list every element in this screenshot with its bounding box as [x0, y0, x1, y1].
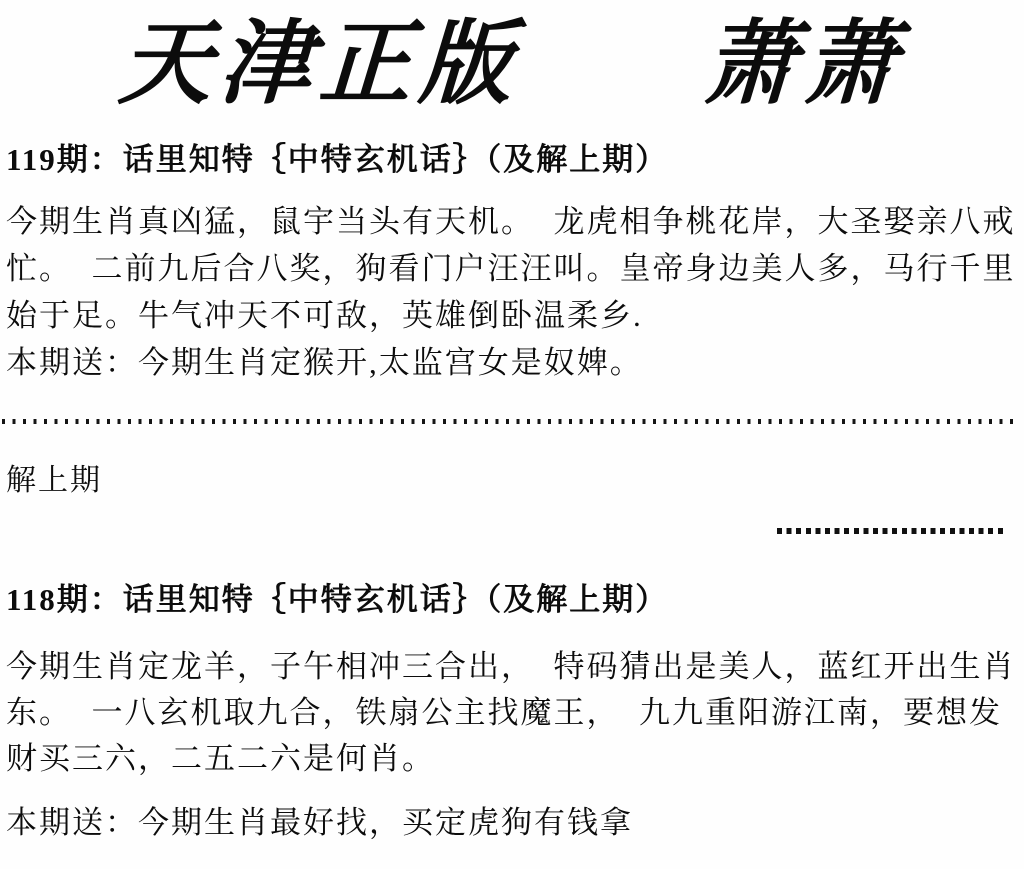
verse-line: 本期送：今期生肖定猴开,太监宫女是奴婢。: [6, 339, 1016, 386]
issue-119-verse: 今期生肖真凶猛，鼠宇当头有天机。 龙虎相争桃花岸，大圣娶亲八戒 忙。 二前九后合…: [6, 198, 1016, 386]
scanned-lottery-sheet: 天津正版 萧萧 119期：话里知特｛中特玄机话｝（及解上期） 今期生肖真凶猛，鼠…: [0, 0, 1024, 869]
verse-line: 财买三六，二五二六是何肖。: [6, 736, 1016, 782]
verse-line: 今期生肖定龙羊，子午相冲三合出， 特码猜出是美人，蓝红开出生肖: [6, 644, 1016, 690]
issue-118-heading: 118期：话里知特｛中特玄机话｝（及解上期）: [6, 574, 668, 619]
verse-line: 今期生肖真凶猛，鼠宇当头有天机。 龙虎相争桃花岸，大圣娶亲八戒: [6, 198, 1016, 245]
solve-previous-label: 解上期: [6, 455, 102, 499]
dotted-divider-short: [777, 528, 1007, 534]
issue-118-gift-line: 本期送：今期生肖最好找，买定虎狗有钱拿: [6, 797, 633, 842]
verse-line: 忙。 二前九后合八奖，狗看门户汪汪叫。皇帝身边美人多，马行千里: [6, 245, 1016, 292]
dotted-divider-full: [2, 419, 1016, 424]
issue-119-heading: 119期：话里知特｛中特玄机话｝（及解上期）: [6, 134, 668, 179]
masthead-title: 天津正版 萧萧: [0, 0, 1024, 122]
issue-118-verse: 今期生肖定龙羊，子午相冲三合出， 特码猜出是美人，蓝红开出生肖 东。 一八玄机取…: [6, 644, 1016, 782]
verse-line: 东。 一八玄机取九合，铁扇公主找魔王， 九九重阳游江南，要想发: [6, 690, 1016, 736]
verse-line: 始于足。牛气冲天不可敌，英雄倒卧温柔乡.: [6, 292, 1016, 339]
